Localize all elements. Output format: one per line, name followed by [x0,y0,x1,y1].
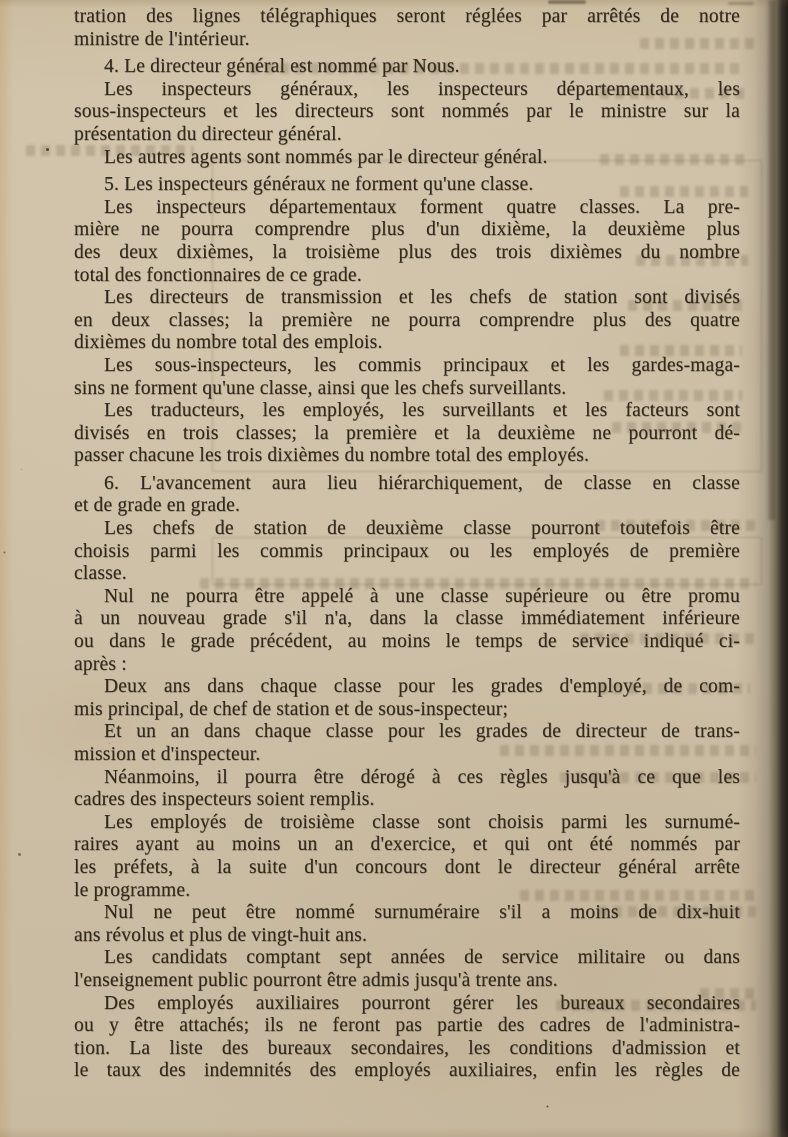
text-line: le programme. [74,880,740,903]
text-line: mis principal, de chef de station et de … [74,699,740,722]
text-line: sous-inspecteurs et les directeurs sont … [74,101,740,124]
paragraph: Les traducteurs, les employés, les surve… [74,400,740,468]
text-line: passer chacune les trois dixièmes du nom… [74,445,740,468]
paragraph: Les employés de troisième classe sont ch… [74,812,740,902]
paragraph: Et un an dans chaque classe pour les gra… [74,721,740,766]
text-line: Les chefs de station de deuxième classe … [74,518,740,541]
paragraph: Les inspecteurs départementaux forment q… [74,197,740,287]
paragraph: Nul ne pourra être appelé à une classe s… [74,586,740,676]
paragraph: 4. Le directeur général est nommé par No… [74,56,740,79]
book-gutter-shadow [736,0,788,1137]
text-line: 5. Les inspecteurs généraux ne forment q… [74,174,740,197]
text-line: 6. L'avancement aura lieu hiérarchiqueme… [74,473,740,496]
text-line: ou dans le grade précédent, au moins le … [74,631,740,654]
paragraph: Les sous-inspecteurs, les commis princip… [74,355,740,400]
text-line: Deux ans dans chaque classe pour les gra… [74,676,740,699]
text-line: et de grade en grade. [74,495,740,518]
page-left-edge [0,0,14,1137]
text-line: Les directeurs de transmission et les ch… [74,287,740,310]
text-line: l'enseignement public pourront être admi… [74,970,740,993]
paragraph: Les candidats comptant sept années de se… [74,947,740,992]
page-top-edge [0,0,788,8]
text-line: cadres des inspecteurs soient remplis. [74,789,740,812]
text-line: Des employés auxiliaires pourront gérer … [74,993,740,1016]
text-line: tion. La liste des bureaux secondaires, … [74,1038,740,1061]
paragraph: Les directeurs de transmission et les ch… [74,287,740,355]
paper-specks [46,148,49,151]
text-line: dixièmes du nombre total des emplois. [74,332,740,355]
paragraph: Des employés auxiliaires pourront gérer … [74,993,740,1083]
text-line: mission et d'inspecteur. [74,744,740,767]
text-line: Nul ne peut être nommé surnuméraire s'il… [74,902,740,925]
scanned-page: tration des lignes télégraphiques seront… [0,0,788,1137]
text-line: ans révolus et plus de vingt-huit ans. [74,925,740,948]
text-line: classe. [74,563,740,586]
text-line: le taux des indemnités des employés auxi… [74,1060,740,1083]
text-line: des deux dixièmes, la troisième plus des… [74,242,740,265]
body-text: tration des lignes télégraphiques seront… [74,6,740,1083]
text-line: après : [74,654,740,677]
text-line: tration des lignes télégraphiques seront… [74,6,740,29]
text-line: Et un an dans chaque classe pour les gra… [74,721,740,744]
paragraph: Les autres agents sont nommés par le dir… [74,147,740,170]
text-line: en deux classes; la première ne pourra c… [74,310,740,333]
paragraph: Nul ne peut être nommé surnuméraire s'il… [74,902,740,947]
text-line: total des fonctionnaires de ce grade. [74,265,740,288]
paragraph: Les chefs de station de deuxième classe … [74,518,740,586]
text-line: présentation du directeur général. [74,124,740,147]
text-line: 4. Le directeur général est nommé par No… [74,56,740,79]
text-line: Les inspecteurs départementaux forment q… [74,197,740,220]
text-line: Les employés de troisième classe sont ch… [74,812,740,835]
paragraph: 5. Les inspecteurs généraux ne forment q… [74,174,740,197]
text-line: Les sous-inspecteurs, les commis princip… [74,355,740,378]
text-line: Néanmoins, il pourra être dérogé à ces r… [74,767,740,790]
paragraph: tration des lignes télégraphiques seront… [74,6,740,51]
paragraph: Les inspecteurs généraux, les inspecteur… [74,79,740,147]
paragraph: 6. L'avancement aura lieu hiérarchiqueme… [74,473,740,518]
paragraph: Deux ans dans chaque classe pour les gra… [74,676,740,721]
text-line: les préfets, à la suite d'un concours do… [74,857,740,880]
text-line: choisis parmi les commis principaux ou l… [74,541,740,564]
text-line: ministre de l'intérieur. [74,29,740,52]
text-line: mière ne pourra comprendre plus d'un dix… [74,219,740,242]
text-line: Les autres agents sont nommés par le dir… [74,147,740,170]
text-line: ou y être attachés; ils ne feront pas pa… [74,1015,740,1038]
text-line: Les traducteurs, les employés, les surve… [74,400,740,423]
text-line: Nul ne pourra être appelé à une classe s… [74,586,740,609]
paragraph: Néanmoins, il pourra être dérogé à ces r… [74,767,740,812]
text-line: divisés en trois classes; la première et… [74,423,740,446]
text-line: raires ayant au moins un an d'exercice, … [74,834,740,857]
page-bottom-edge [0,1127,788,1137]
text-line: à un nouveau grade s'il n'a, dans la cla… [74,608,740,631]
text-line: Les inspecteurs généraux, les inspecteur… [74,79,740,102]
text-line: sins ne forment qu'une classe, ainsi que… [74,378,740,401]
text-line: Les candidats comptant sept années de se… [74,947,740,970]
